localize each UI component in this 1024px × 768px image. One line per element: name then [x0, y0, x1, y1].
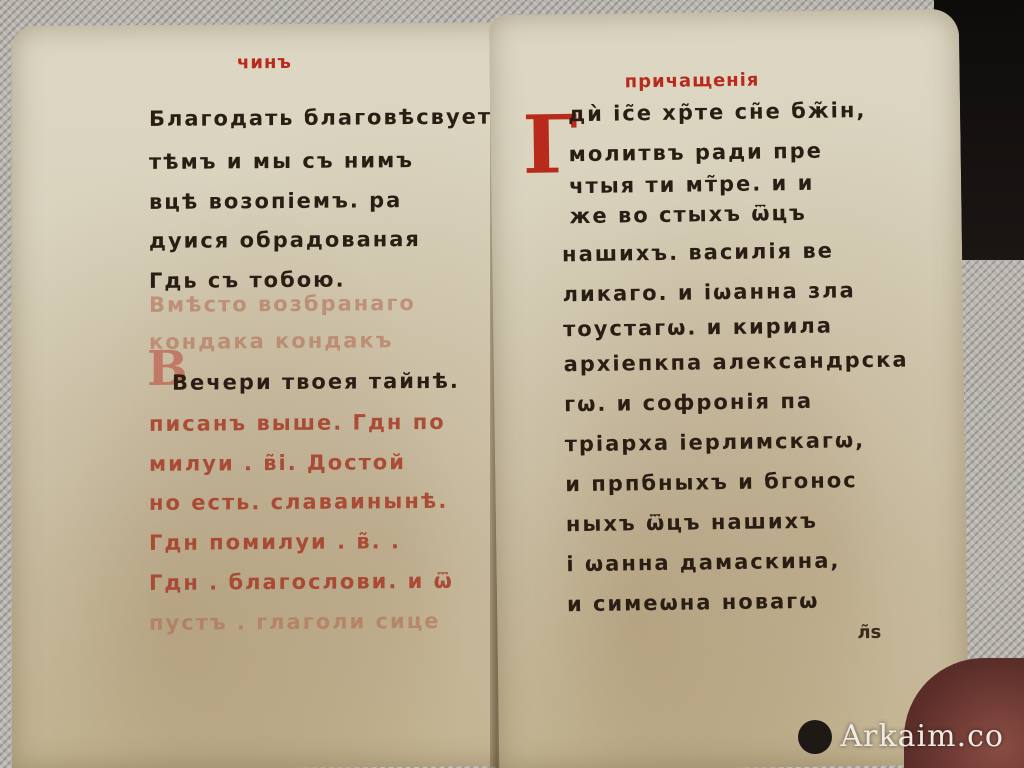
- manuscript-line: дѝ іс̃е хр̃те сн̃е бж̃ін,: [568, 98, 867, 126]
- manuscript-line: нашихъ. василія ве: [562, 239, 834, 267]
- manuscript-line: ликаго. и іѡанна зла: [562, 278, 855, 306]
- manuscript-line: дуися обрадованая: [149, 227, 421, 253]
- manuscript-line: и прпбныхъ и бгонос: [565, 468, 858, 496]
- watermark-logo-icon: [798, 720, 832, 754]
- manuscript-line: пустъ . глаголи сице: [149, 609, 441, 635]
- manuscript-line: Гдн . благослови. и ѿ: [149, 569, 454, 595]
- manuscript-line: же во стыхъ ѿцъ: [569, 201, 807, 228]
- open-manuscript: чинъ Благодать благовѣсвует. тѣмъ и мы с…: [4, 6, 969, 768]
- manuscript-line: чтыя ти мт̃ре. и и: [569, 171, 815, 198]
- manuscript-line: тѣмъ и мы съ нимъ: [149, 148, 414, 174]
- manuscript-line: Гдь съ тобою.: [149, 268, 346, 293]
- right-page-heading: причащенія: [625, 70, 760, 93]
- right-page: причащенія Г дѝ іс̃е хр̃те сн̃е бж̃ін, м…: [489, 9, 970, 768]
- manuscript-line: ныхъ ѿцъ нашихъ: [566, 509, 818, 537]
- watermark-text: Arkaim.co: [840, 719, 1004, 754]
- manuscript-line: архіепкпа александрска: [563, 347, 908, 376]
- manuscript-line: тоустагѡ. и кирила: [563, 314, 833, 342]
- manuscript-line: милуи . в̃і. Достой: [149, 450, 406, 476]
- folio-number: л̃s: [857, 622, 881, 643]
- manuscript-line: Гдн помилуи . в̃. .: [149, 529, 401, 555]
- watermark: Arkaim.co: [798, 719, 1004, 754]
- left-page: чинъ Благодать благовѣсвует. тѣмъ и мы с…: [12, 22, 552, 768]
- manuscript-line: вцѣ возопіемъ. ра: [149, 188, 402, 214]
- manuscript-line: Вмѣсто возбранагo: [149, 291, 416, 317]
- manuscript-line: тріарха іерлимскагѡ,: [565, 428, 866, 456]
- manuscript-line: но есть. славаинынѣ.: [149, 489, 448, 515]
- manuscript-line: гѡ. и софронія па: [564, 389, 813, 416]
- left-page-heading: чинъ: [237, 52, 292, 73]
- manuscript-line: Вечери твоея тайнѣ.: [172, 369, 460, 395]
- manuscript-line: и симеѡна новагѡ: [567, 589, 820, 617]
- manuscript-line: Благодать благовѣсвует.: [149, 104, 502, 130]
- manuscript-line: і ѡанна дамаскина,: [566, 548, 840, 576]
- manuscript-line: писанъ выше. Гдн по: [149, 410, 446, 436]
- manuscript-line: молитвъ ради пре: [569, 139, 824, 167]
